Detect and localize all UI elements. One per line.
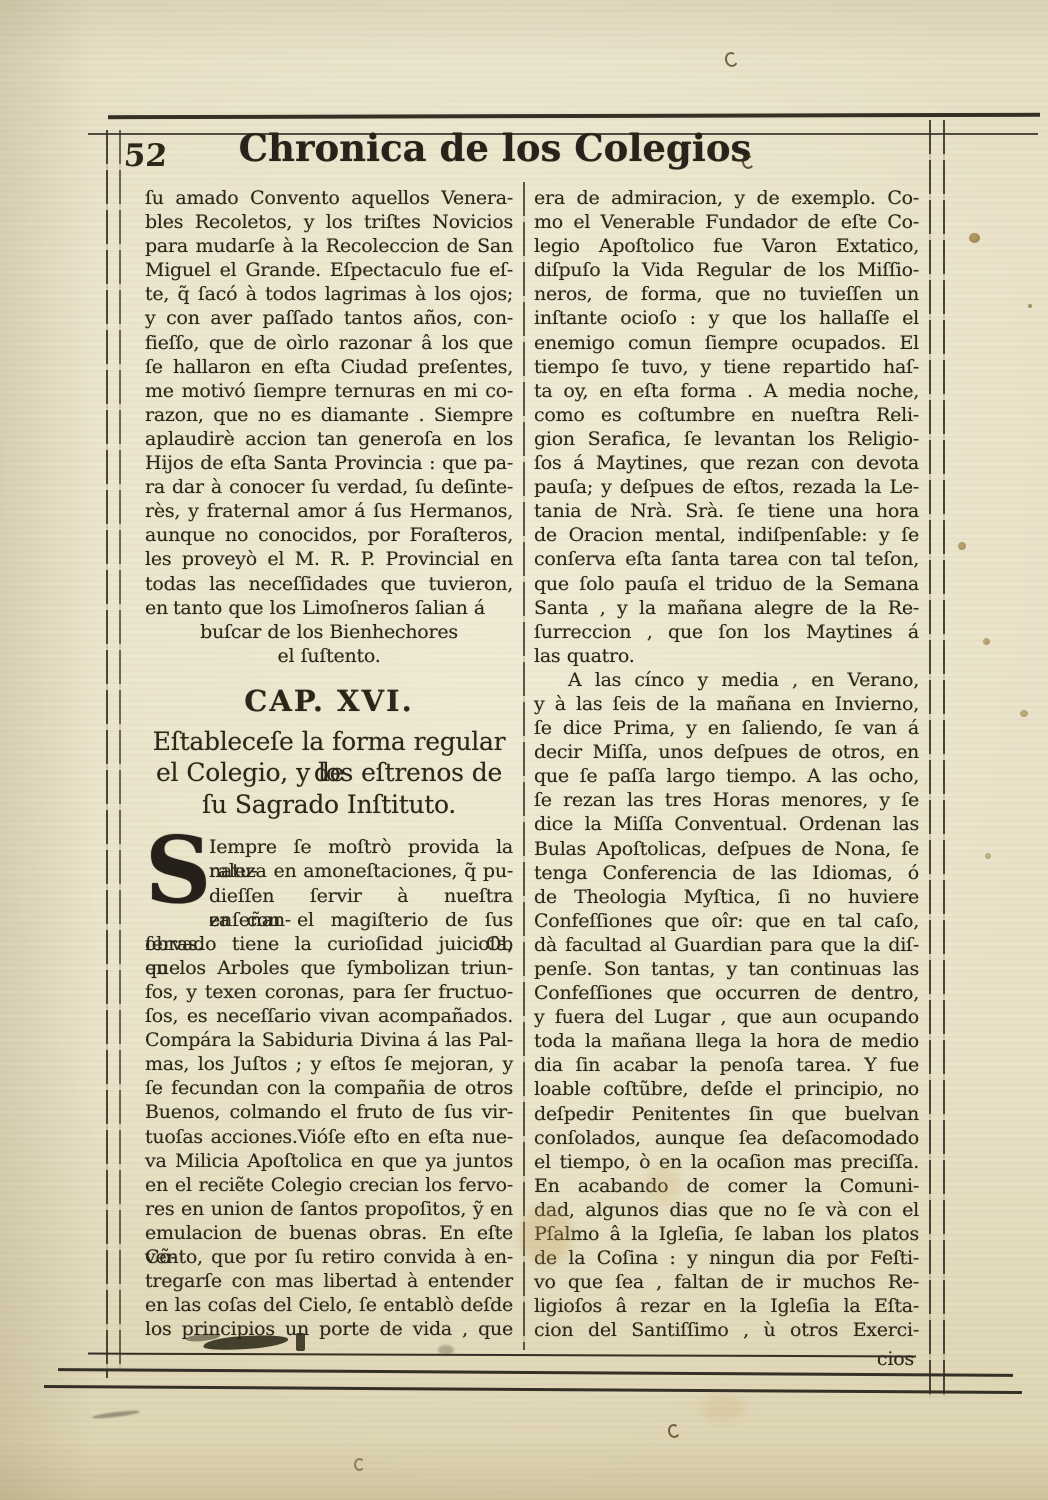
text-line: penſe. Son tantas, y tan continuas las — [534, 957, 919, 981]
column-divider-rule — [523, 182, 525, 1350]
page-number: 52 — [123, 138, 169, 174]
right-text-column: era de admiracion, y de exemplo. Co-mo e… — [534, 186, 919, 1343]
left-text-column: ſu amado Convento aquellos Venera-bles R… — [145, 186, 513, 1341]
text-line: ſe rezan las tres Horas menores, y ſe — [534, 788, 919, 812]
catchword: cios — [534, 1348, 914, 1370]
text-line: loable coſtũbre, deſde el principio, no — [534, 1077, 919, 1101]
text-line: En acabando de comer la Comuni- — [534, 1174, 919, 1198]
text-line: decir Miſſa, unos deſpues de otros, en — [534, 740, 919, 764]
text-line: res en union de ſantos propoſitos, ỹ en — [145, 1197, 513, 1221]
text-line: dice la Miſſa Conventual. Ordenan las — [534, 812, 919, 836]
text-line: y con aver paſſado tantos años, con- — [145, 306, 513, 330]
text-line: conſerva eſta ſanta tarea con tal teſon, — [534, 547, 919, 571]
text-line: tenga Conferencia de las Idiomas, ó — [534, 861, 919, 885]
text-line: bles Recoletos, y los triſtes Novicios — [145, 210, 513, 234]
text-line: neros, de forma, que no tuvieſſen un — [534, 282, 919, 306]
text-line: ta oy, en eſta forma . A media noche, — [534, 379, 919, 403]
text-line: razon, que no es diamante . Siempre — [145, 403, 513, 427]
text-line: fos, y texen coronas, para ſer fructuo- — [145, 980, 513, 1004]
text-line: Miguel el Grande. Eſpectaculo fue eſ- — [145, 258, 513, 282]
text-line: tania de Nrà. Srà. ſe tiene una hora — [534, 499, 919, 523]
text-line: Confeſſiones que oîr: que en tal caſo, — [534, 909, 919, 933]
text-line: todas las neceſſidades que tuvieron, en — [145, 572, 513, 596]
text-line: tanto que los Limoſneros ſalian á — [145, 596, 513, 620]
paper-stain — [645, 1165, 681, 1205]
text-line: dia ſin acabar la penoſa tarea. Y fue — [534, 1053, 919, 1077]
text-line: dà facultad al Guardian para que la diſ- — [534, 933, 919, 957]
text-line: fieſſo, que de oìrlo razonar â los que — [145, 331, 513, 355]
text-line: buſcar de los Bienhechores — [145, 620, 513, 644]
foxing-spot — [969, 233, 980, 243]
running-title: Chronica de los Colegios — [235, 126, 755, 170]
left-paragraph-1: ſu amado Convento aquellos Venera-bles R… — [145, 186, 513, 668]
text-line: Pſalmo â la Igleſia, ſe laban los platos — [534, 1222, 919, 1246]
text-line: el ſuſtento. — [145, 644, 513, 668]
left-paragraph-2: S Iempre ſe moſtrò provida la natu-ralez… — [145, 835, 513, 1341]
right-paragraph-1: era de admiracion, y de exemplo. Co-mo e… — [534, 186, 919, 668]
text-line: ſe hallaron en eſta Ciudad preſentes, — [145, 355, 513, 379]
paper-stain — [520, 1205, 572, 1265]
text-line: va Milicia Apoſtolica en que ya juntos — [145, 1149, 513, 1173]
text-line: como es coſtumbre en nueſtra Reli- — [534, 403, 919, 427]
text-line: y à las ſeis de la mañana en Invierno, — [534, 692, 919, 716]
text-line: que ſe paſſa largo tiempo. A las ocho, — [534, 764, 919, 788]
text-line: ſos, es neceſſario vivan acompañados. — [145, 1004, 513, 1028]
text-line: tuoſas acciones.Vióſe eſto en eſta nue- — [145, 1125, 513, 1149]
text-line: Buenos, colmando el fruto de ſus vir- — [145, 1100, 513, 1124]
text-line: me motivó ſiempre ternuras en mi co- — [145, 379, 513, 403]
chapter-heading: CAP. XVI. — [145, 684, 513, 720]
paper-stain — [700, 1395, 746, 1421]
foxing-spot — [985, 853, 991, 859]
left-paragraph-2-body: za con el magiſterio de ſus obras. Obſer… — [145, 908, 513, 1342]
text-line: toda la mañana llega la hora de medio — [534, 1029, 919, 1053]
text-line: diſpuſo la Vida Regular de los Miſſio- — [534, 258, 919, 282]
text-line: Hijos de eſta Santa Provincia : que pa- — [145, 451, 513, 475]
left-border-rule-outer — [106, 130, 108, 1378]
text-line: vento, que por ſu retiro convida à en- — [145, 1245, 513, 1269]
right-border-rule-inner — [929, 120, 931, 1396]
left-border-rule-inner — [119, 130, 121, 1370]
text-line: el tiempo, ò en la ocaſion mas preciſſa. — [534, 1150, 919, 1174]
text-line: de la Coſina : y ningun dia por Feſti- — [534, 1246, 919, 1270]
text-line: tregarſe con mas libertad à entender — [145, 1269, 513, 1293]
text-line: Compára la Sabiduria Divina á las Pal- — [145, 1028, 513, 1052]
chapter-subtitle: Eſtableceſe la forma regular deel Colegi… — [145, 726, 513, 821]
text-line: gion Serafica, ſe levantan los Religio- — [534, 427, 919, 451]
text-line: en los Arboles que ſymbolizan triun- — [145, 956, 513, 980]
text-line: conſolados, aunque ſea deſacomodado — [534, 1126, 919, 1150]
ink-fleck — [354, 1458, 365, 1471]
text-line: ſervado tiene la curioſidad juicioſa, qu… — [145, 932, 513, 956]
text-line: Eſtableceſe la forma regular de — [145, 726, 513, 758]
text-line: Confeſſiones que occurren de dentro, — [534, 981, 919, 1005]
text-line: ligioſos â rezar en la Igleſia la Eſta- — [534, 1294, 919, 1318]
text-line: tiempo ſe tuvo, y tiene repartido haſ- — [534, 355, 919, 379]
text-line: pauſa; y deſpues de eſtos, rezada la Le- — [534, 475, 919, 499]
text-line: ra dar à conocer ſu verdad, ſu deſinte- — [145, 475, 513, 499]
text-line: vo que ſea , faltan de ir muchos Re- — [534, 1270, 919, 1294]
text-line: les proveyò el M. R. P. Provincial en — [145, 547, 513, 571]
text-line: y fuera del Lugar , que aun ocupando — [534, 1005, 919, 1029]
text-line: de Theologia Myſtica, ſi no huviere — [534, 885, 919, 909]
faint-mark — [438, 1345, 454, 1355]
text-line: para mudarſe à la Recoleccion de San — [145, 234, 513, 258]
foxing-spot — [1020, 710, 1028, 717]
text-line: Santa , y la mañana alegre de la Re- — [534, 596, 919, 620]
text-line: aplaudirè accion tan generoſa en los — [145, 427, 513, 451]
text-line: mas, los Juſtos ; y eſtos ſe mejoran, y — [145, 1052, 513, 1076]
text-line: en el reciẽte Colegio crecian los fervo- — [145, 1173, 513, 1197]
text-line: las quatro. — [534, 644, 919, 668]
text-line: ſu amado Convento aquellos Venera- — [145, 186, 513, 210]
text-line: deſpedir Penitentes ſin que buelvan — [534, 1102, 919, 1126]
text-line: el Colegio, y los eſtrenos de — [145, 757, 513, 789]
text-line: mo el Venerable Fundador de eſte Co- — [534, 210, 919, 234]
text-line: aunque no conocidos, por Foraſteros, — [145, 523, 513, 547]
text-line: cion del Santiſſimo , ù otros Exerci- — [534, 1318, 919, 1342]
text-line: de Oracion mental, indiſpenſable: y ſe — [534, 523, 919, 547]
text-line: inſtante ocioſo : y que los hallaſſe el — [534, 306, 919, 330]
paper-top-shading — [0, 0, 1048, 60]
foxing-spot — [958, 542, 966, 550]
text-line: te, q̃ ſacó à todos lagrimas à los ojos; — [145, 282, 513, 306]
paper-left-shading — [0, 0, 95, 1500]
text-line: era de admiracion, y de exemplo. Co- — [534, 186, 919, 210]
drop-cap-initial: S — [145, 837, 201, 909]
text-line: enemigo comun ſiempre ocupados. El — [534, 331, 919, 355]
scanned-book-page: { "page": { "folio_number": "52", "runni… — [0, 0, 1048, 1500]
text-line: dad, algunos dias que no ſe và con el — [534, 1198, 919, 1222]
text-line: ſos á Maytines, que rezan con devota — [534, 451, 919, 475]
text-line: emulacion de buenas obras. En eſte Cõ- — [145, 1221, 513, 1245]
text-line: rès, y fraternal amor á ſus Hermanos, — [145, 499, 513, 523]
text-line: A las cínco y media , en Verano, — [534, 668, 919, 692]
text-line: ſe dice Prima, y en ſaliendo, ſe van á — [534, 716, 919, 740]
text-line: ſurreccion , que ſon los Maytines á — [534, 620, 919, 644]
right-paragraph-2: A las cínco y media , en Verano,y à las … — [534, 668, 919, 1343]
text-line: Bulas Apoſtolicas, deſpues de Nona, ſe — [534, 837, 919, 861]
text-line: legio Apoſtolico fue Varon Extatico, — [534, 234, 919, 258]
ink-smudge — [296, 1333, 305, 1351]
foxing-spot — [983, 638, 990, 645]
text-line: ſe fecundan con la compañia de otros — [145, 1076, 513, 1100]
text-line: en las coſas del Cielo, ſe entablò deſde — [145, 1293, 513, 1317]
right-border-rule-outer — [943, 120, 945, 1396]
text-line: que ſolo pauſa el triduo de la Semana — [534, 572, 919, 596]
foxing-spot — [1028, 304, 1032, 308]
